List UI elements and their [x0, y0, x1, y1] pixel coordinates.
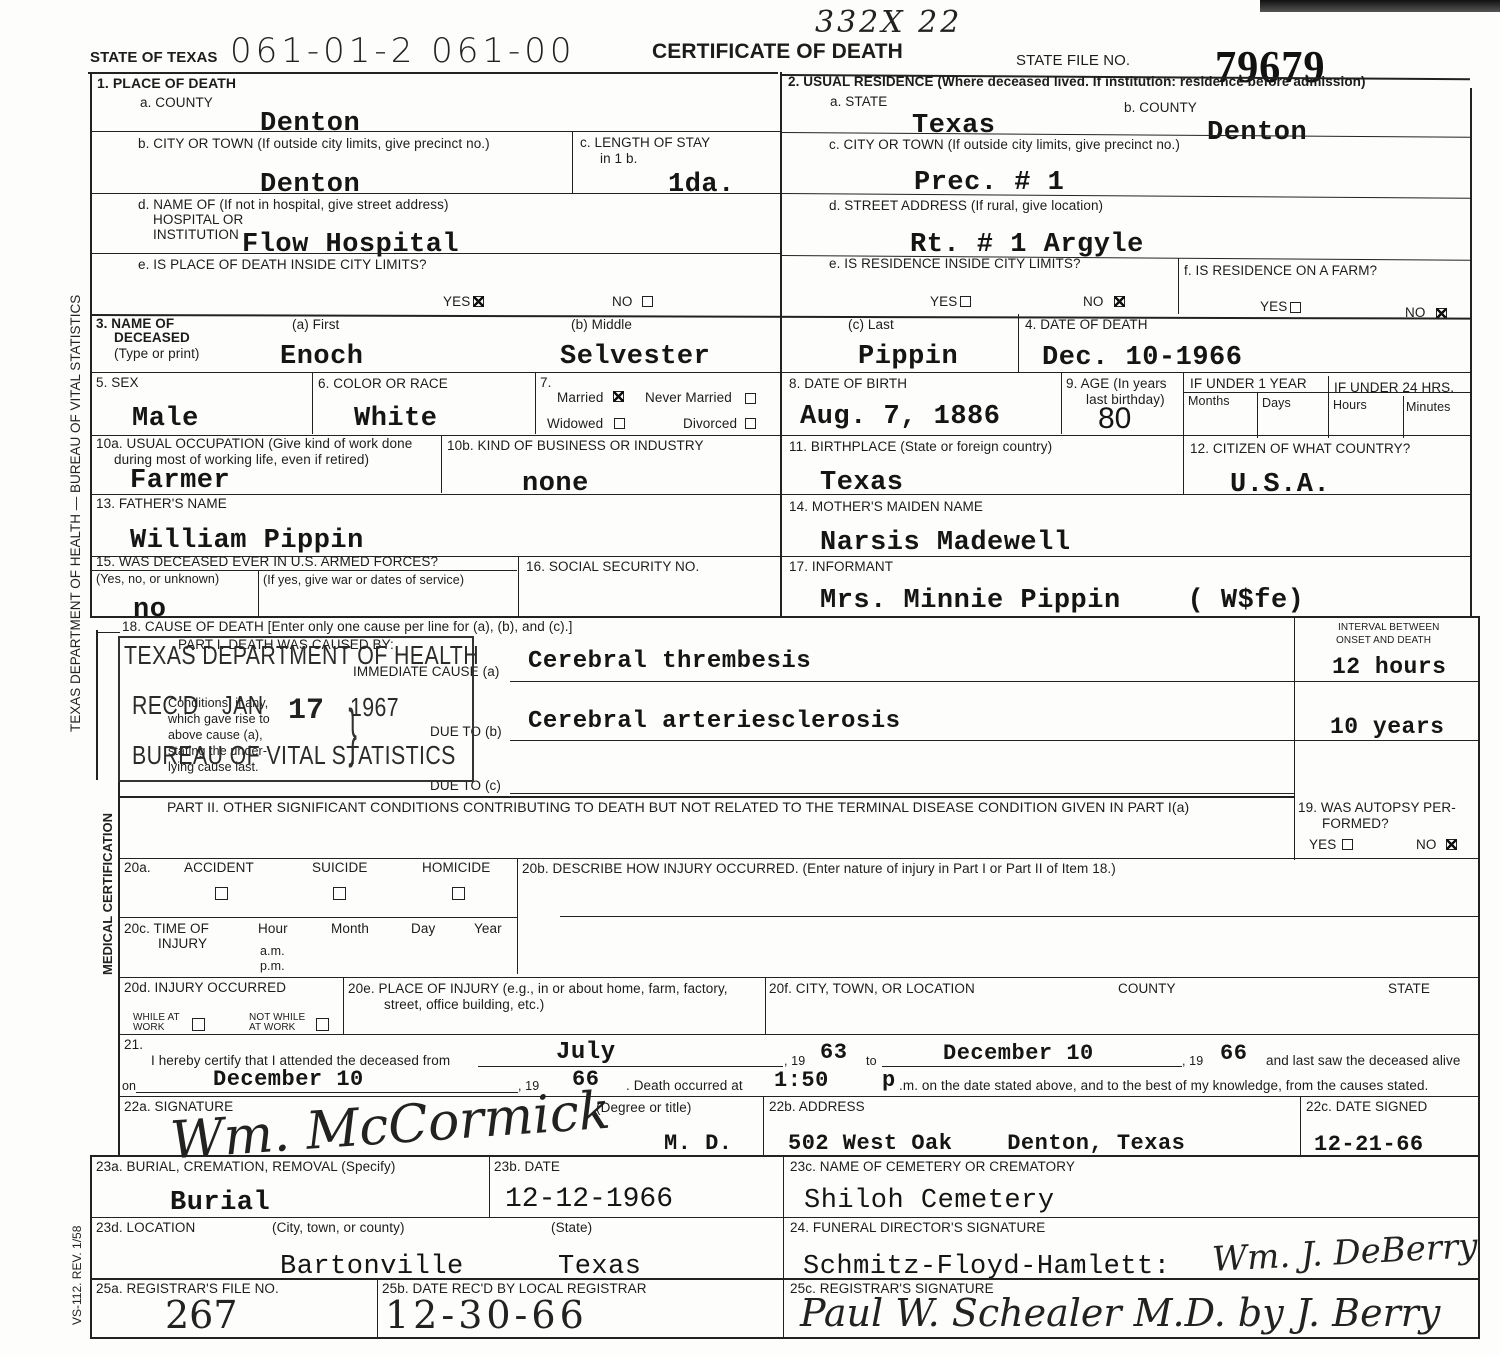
divider [90, 1278, 1480, 1280]
frame-bottom [90, 1337, 1480, 1339]
cause-b-line [510, 740, 1295, 741]
residence-county-label: b. COUNTY [1124, 101, 1197, 116]
divider [1183, 392, 1470, 393]
death-inside-no-checkbox[interactable] [642, 296, 653, 307]
divorced-label: Divorced [683, 417, 737, 432]
time-of-injury-label-2: INJURY [158, 937, 207, 952]
autopsy-no-label: NO [1416, 838, 1436, 853]
frame-right-lower [1478, 618, 1480, 1338]
divider [90, 570, 517, 571]
residence-section-label: 2. USUAL RESIDENCE (Where deceased lived… [788, 75, 1366, 90]
cause-c-line [510, 793, 1295, 794]
residence-inside-limits-label: e. IS RESIDENCE INSIDE CITY LIMITS? [829, 257, 1081, 272]
divider [1018, 314, 1019, 373]
place-of-injury-label-1: 20e. PLACE OF INJURY (e.g., in or about … [348, 982, 728, 997]
residence-inside-no-label: NO [1083, 295, 1103, 310]
certification-number: 21. [124, 1038, 143, 1053]
divider [1183, 372, 1184, 438]
frame-left-bottom [90, 1155, 92, 1338]
frame-left-mid [96, 630, 98, 780]
stamp-line-1: TEXAS DEPARTMENT OF HEALTH [124, 640, 479, 671]
date-signed-value: 12-21-66 [1314, 1134, 1424, 1156]
state-file-label: STATE FILE NO. [1016, 53, 1130, 70]
death-county-value: Denton [260, 111, 360, 138]
widowed-label: Widowed [547, 417, 603, 432]
occupation-label-1: 10a. USUAL OCCUPATION (Give kind of work… [96, 437, 412, 452]
name-label-2: DECEASED [114, 331, 190, 346]
handwritten-codes: 061-01-2 061-00 [230, 34, 576, 68]
armed-forces-label: 15. WAS DECEASED EVER IN U.S. ARMED FORC… [96, 555, 438, 570]
divider [258, 570, 259, 616]
stamp-month: JAN [222, 690, 264, 721]
months-label: Months [1188, 395, 1230, 409]
first-name-value: Enoch [280, 344, 364, 371]
hours-label: Hours [1333, 399, 1367, 413]
month-label: Month [331, 922, 369, 937]
death-ampm: p [882, 1070, 896, 1092]
citizen-label: 12. CITIZEN OF WHAT COUNTRY? [1190, 442, 1410, 457]
divider [1403, 396, 1404, 438]
age-label-1: 9. AGE (In years [1066, 377, 1167, 392]
informant-value: Mrs. Minnie Pippin ( W$fe) [820, 588, 1304, 615]
race-value: White [354, 406, 438, 433]
not-while-at-work-checkbox[interactable] [316, 1018, 329, 1031]
injury-20a-label: 20a. [124, 861, 151, 876]
part2-label: PART II. OTHER SIGNIFICANT CONDITIONS CO… [167, 800, 1189, 815]
time-of-injury-label-1: 20c. TIME OF [124, 922, 209, 937]
injury-state-label: STATE [1388, 982, 1430, 997]
divider [783, 1155, 784, 1338]
divider [535, 372, 536, 434]
funeral-director-label: 24. FUNERAL DIRECTOR'S SIGNATURE [790, 1221, 1045, 1236]
death-inside-limits-label: e. IS PLACE OF DEATH INSIDE CITY LIMITS? [138, 258, 427, 273]
under-24-hrs-label: IF UNDER 24 HRS. [1334, 381, 1454, 396]
frame-mid-divider [780, 72, 782, 617]
age-value: 80 [1098, 402, 1131, 436]
cause-a-line [510, 681, 1295, 682]
while-at-work-checkbox[interactable] [192, 1018, 205, 1031]
cause-a-value: Cerebral thrembesis [528, 650, 811, 674]
date-of-death-label: 4. DATE OF DEATH [1025, 318, 1148, 333]
registrar-signature: Paul W. Schealer M.D. by J. Berry [800, 1294, 1440, 1332]
divider [118, 858, 1478, 859]
autopsy-label-1: 19. WAS AUTOPSY PER- [1298, 801, 1456, 816]
certify-text-2: and last saw the deceased alive [1266, 1054, 1460, 1069]
last-seen-date: December 10 [213, 1069, 364, 1091]
father-label: 13. FATHER'S NAME [96, 497, 227, 512]
divider [765, 977, 766, 1034]
suicide-checkbox[interactable] [333, 887, 346, 900]
married-label: Married [557, 391, 603, 406]
armed-forces-sub-1: (Yes, no, or unknown) [96, 573, 219, 587]
divider [1300, 1096, 1301, 1156]
divider [377, 1278, 378, 1338]
divider [90, 494, 1470, 495]
last-name-value: Pippin [858, 344, 958, 371]
divider [90, 1155, 1480, 1157]
frame-left-medical [118, 780, 120, 1155]
cause-b-value: Cerebral arteriesclerosis [528, 710, 901, 734]
dob-label: 8. DATE OF BIRTH [789, 377, 907, 392]
last-name-label: (c) Last [848, 318, 894, 333]
attended-from-month: July [556, 1041, 616, 1065]
injury-occurred-label: 20d. INJURY OCCURRED [124, 981, 286, 996]
marital-label: 7. [540, 376, 551, 391]
under-1-year-label: IF UNDER 1 YEAR [1190, 377, 1307, 392]
autopsy-label-2: FORMED? [1322, 817, 1389, 832]
suicide-label: SUICIDE [312, 861, 367, 876]
burial-type-label: 23a. BURIAL, CREMATION, REMOVAL (Specify… [96, 1160, 395, 1175]
divider [90, 253, 780, 254]
location-city-label: (City, town, or county) [272, 1221, 405, 1236]
accident-label: ACCIDENT [184, 861, 254, 876]
pm-label: p.m. [260, 960, 285, 974]
frame-right-upper [1470, 88, 1472, 618]
mother-label: 14. MOTHER'S MAIDEN NAME [789, 500, 983, 515]
death-inside-yes-checkbox[interactable] [473, 296, 484, 307]
degree-label: (Degree or title) [596, 1101, 691, 1116]
stamp-received-label: REC'D [132, 690, 199, 721]
divider [118, 977, 1478, 978]
location-city-value: Bartonville [280, 1254, 464, 1281]
armed-forces-sub-2: (If yes, give war or dates of service) [263, 574, 464, 588]
registrar-file-value: 267 [165, 1296, 238, 1334]
divider [1183, 438, 1184, 494]
divider [90, 131, 780, 132]
divider [572, 131, 573, 193]
location-state-value: Texas [558, 1254, 642, 1281]
informant-label: 17. INFORMANT [789, 560, 893, 575]
attended-from-year: 63 [820, 1042, 847, 1064]
divider [1294, 618, 1295, 860]
stamp-day: 17 [288, 694, 324, 728]
residence-inside-no-checkbox[interactable] [1114, 296, 1125, 307]
to-label: to [866, 1055, 877, 1069]
name-label-3: (Type or print) [114, 347, 200, 362]
attended-to-year: 66 [1220, 1043, 1247, 1065]
handwritten-annotation: 332X 22 [815, 8, 962, 38]
divider [118, 1034, 1478, 1035]
describe-line [560, 916, 1478, 917]
interval-a-value: 12 hours [1332, 656, 1446, 679]
residence-street-label: d. STREET ADDRESS (If rural, give locati… [829, 199, 1103, 214]
date-signed-label: 22c. DATE SIGNED [1306, 1100, 1427, 1115]
residence-inside-yes-label: YES [930, 295, 957, 310]
place-of-death-section-label: 1. PLACE OF DEATH [97, 76, 236, 91]
length-of-stay-label-2: in 1 b. [600, 152, 637, 167]
funeral-director-value: Schmitz-Floyd-Hamlett: [803, 1254, 1170, 1281]
autopsy-yes-checkbox[interactable] [1342, 839, 1353, 850]
burial-type-value: Burial [170, 1190, 270, 1217]
widowed-checkbox[interactable] [614, 418, 625, 429]
divider [90, 372, 1470, 373]
father-value: William Pippin [130, 528, 364, 555]
certify-text-3: .m. on the date stated above, and to the… [899, 1079, 1428, 1094]
day-label: Day [411, 922, 435, 937]
residence-county-value: Denton [1207, 120, 1307, 147]
century-1: , 19 [784, 1055, 805, 1069]
attended-to-date: December 10 [943, 1043, 1094, 1065]
death-inside-no-label: NO [612, 295, 632, 310]
while-at-work-label-2: WORK [133, 1022, 165, 1033]
farm-label: f. IS RESIDENCE ON A FARM? [1184, 264, 1377, 279]
homicide-checkbox[interactable] [452, 887, 465, 900]
divider [1061, 372, 1062, 434]
cause-of-death-label: 18. CAUSE OF DEATH [Enter only one cause… [122, 620, 572, 635]
am-label: a.m. [260, 945, 285, 959]
residence-city-value: Prec. # 1 [914, 170, 1064, 197]
divider [763, 1096, 764, 1156]
hospital-label-2: HOSPITAL OR [153, 213, 243, 228]
address-label: 22b. ADDRESS [769, 1100, 865, 1115]
ssn-label: 16. SOCIAL SECURITY NO. [526, 560, 699, 575]
never-married-checkbox[interactable] [745, 393, 756, 404]
first-name-label: (a) First [292, 318, 339, 333]
interval-label-2: ONSET AND DEATH [1336, 635, 1431, 646]
location-state-label: (State) [551, 1221, 592, 1236]
homicide-label: HOMICIDE [422, 861, 490, 876]
hospital-label-1: d. NAME OF (If not in hospital, give str… [138, 198, 449, 213]
never-married-label: Never Married [645, 391, 732, 406]
divider [489, 1155, 490, 1217]
burial-date-value: 12-12-1966 [505, 1184, 673, 1215]
interval-b-value: 10 years [1330, 716, 1444, 739]
birthplace-value: Texas [820, 470, 904, 497]
divider [312, 372, 313, 434]
divider [1294, 681, 1478, 682]
residence-city-label: c. CITY OR TOWN (If outside city limits,… [829, 138, 1180, 153]
occupation-value: Farmer [130, 468, 230, 495]
autopsy-yes-label: YES [1309, 838, 1336, 853]
document-title: CERTIFICATE OF DEATH [652, 40, 903, 63]
stamp-year: 1967 [350, 692, 399, 723]
frame-left-upper [90, 72, 92, 617]
length-of-stay-label-1: c. LENGTH OF STAY [580, 136, 710, 151]
married-checkbox[interactable] [613, 391, 624, 402]
from-line [478, 1066, 783, 1067]
burial-date-label: 23b. DATE [494, 1160, 560, 1175]
divider [1294, 740, 1478, 741]
death-occurred-label: . Death occurred at [626, 1079, 743, 1094]
farm-yes-checkbox[interactable] [1290, 302, 1301, 313]
place-of-injury-label-2: street, office building, etc.) [384, 998, 544, 1013]
frame-top-left [88, 72, 778, 74]
hospital-value: Flow Hospital [242, 232, 459, 259]
hospital-label-3: INSTITUTION [153, 228, 239, 243]
divider [1178, 258, 1179, 314]
divider [118, 1096, 1478, 1097]
minutes-label: Minutes [1406, 401, 1450, 415]
divider [118, 917, 517, 918]
divider [90, 616, 1480, 618]
autopsy-no-checkbox[interactable] [1446, 839, 1457, 850]
funeral-director-signature: Wm. J. DeBerry [1211, 1229, 1478, 1277]
divider [90, 193, 780, 194]
sex-value: Male [132, 406, 199, 433]
race-label: 6. COLOR OR RACE [318, 377, 448, 392]
sex-label: 5. SEX [96, 376, 139, 391]
accident-checkbox[interactable] [215, 887, 228, 900]
injury-county-label: COUNTY [1118, 982, 1176, 997]
residence-state-label: a. STATE [830, 95, 887, 110]
divider [1328, 376, 1329, 438]
address-value: 502 West Oak Denton, Texas [788, 1133, 1185, 1155]
stamp-line-3: BUREAU OF VITAL STATISTICS [132, 740, 456, 771]
divider [90, 1217, 1480, 1218]
divider [96, 632, 120, 633]
on-label: on [122, 1080, 136, 1094]
hour-label: Hour [258, 922, 288, 937]
divider [518, 556, 519, 616]
mother-value: Narsis Madewell [820, 530, 1071, 557]
days-label: Days [1262, 397, 1291, 411]
death-city-label: b. CITY OR TOWN (If outside city limits,… [138, 137, 490, 152]
injury-city-label: 20f. CITY, TOWN, OR LOCATION [769, 982, 975, 997]
length-of-stay-value: 1da. [668, 172, 735, 199]
medical-certification-label: MEDICAL CERTIFICATION [100, 813, 115, 975]
residence-state-value: Texas [912, 113, 996, 140]
year-label: Year [474, 922, 502, 937]
department-side-label: TEXAS DEPARTMENT OF HEALTH — BUREAU OF V… [68, 295, 83, 732]
divider [118, 796, 1294, 798]
divider [517, 858, 518, 974]
describe-injury-label: 20b. DESCRIBE HOW INJURY OCCURRED. (Ente… [522, 862, 1116, 877]
scan-edge [1260, 0, 1500, 12]
residence-street-value: Rt. # 1 Argyle [910, 232, 1144, 259]
middle-name-label: (b) Middle [571, 318, 632, 333]
middle-name-value: Selvester [560, 344, 710, 371]
death-time: 1:50 [774, 1070, 829, 1092]
death-inside-yes-label: YES [443, 295, 470, 310]
divider [1257, 392, 1258, 438]
business-label: 10b. KIND OF BUSINESS OR INDUSTRY [447, 439, 704, 454]
degree-value: M. D. [664, 1133, 733, 1155]
divorced-checkbox[interactable] [745, 418, 756, 429]
farm-yes-label: YES [1260, 300, 1287, 315]
not-while-at-work-label-2: AT WORK [249, 1022, 295, 1033]
divider [441, 435, 442, 493]
birthplace-label: 11. BIRTHPLACE (State or foreign country… [789, 440, 1052, 455]
death-city-value: Denton [260, 172, 360, 199]
divider [343, 977, 344, 1034]
date-of-death-value: Dec. 10-1966 [1042, 345, 1242, 372]
state-label: STATE OF TEXAS [90, 50, 218, 67]
to-line [882, 1066, 1182, 1067]
death-county-label: a. COUNTY [140, 96, 213, 111]
residence-inside-yes-checkbox[interactable] [960, 296, 971, 307]
century-2: , 19 [1182, 1055, 1203, 1069]
interval-label-1: INTERVAL BETWEEN [1338, 622, 1439, 633]
cemetery-value: Shiloh Cemetery [804, 1188, 1055, 1215]
cemetery-label: 23c. NAME OF CEMETERY OR CREMATORY [790, 1160, 1075, 1175]
registrar-date-value: 12-30-66 [385, 1296, 588, 1334]
dob-value: Aug. 7, 1886 [800, 404, 1000, 431]
form-id-label: VS-112. REV. 1/58 [70, 1226, 84, 1325]
location-label: 23d. LOCATION [96, 1221, 195, 1236]
